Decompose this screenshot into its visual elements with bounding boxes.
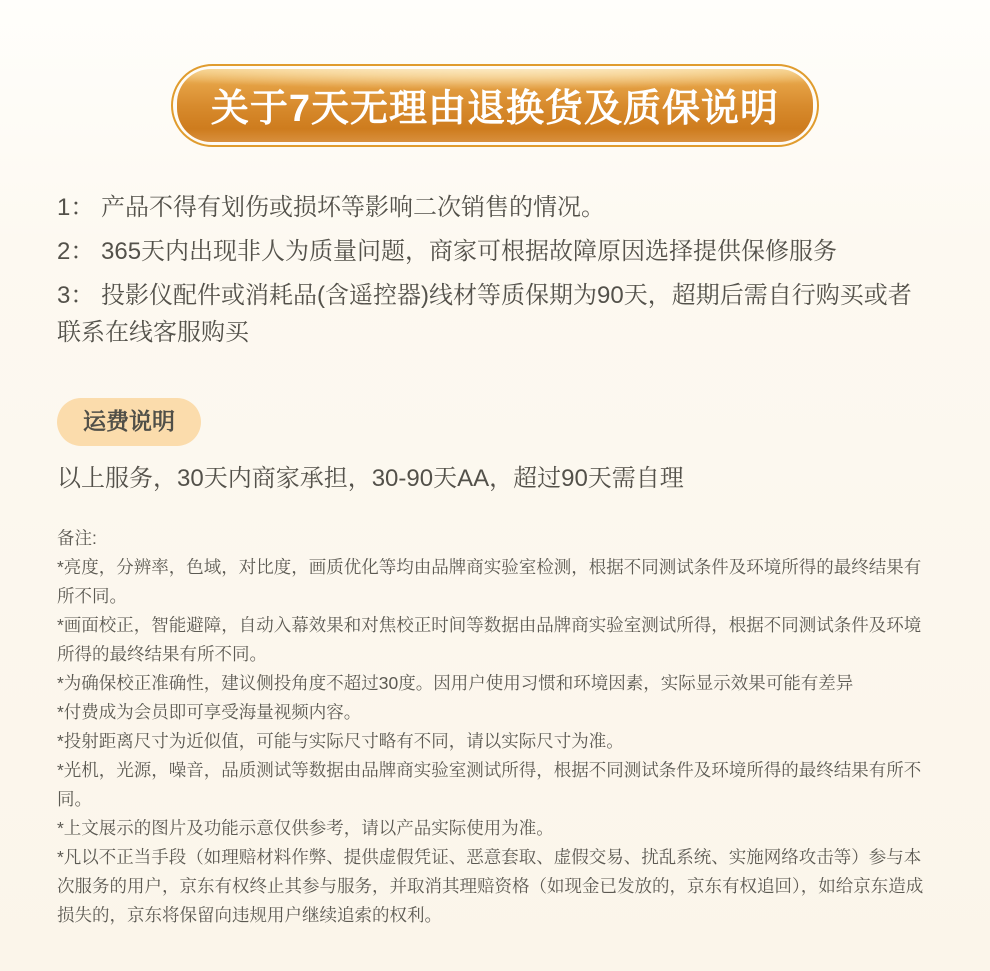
policy-list: 1： 产品不得有划伤或损坏等影响二次销售的情况。 2： 365天内出现非人为质量… — [57, 189, 935, 351]
note-item-5: *投射距离尺寸为近似值，可能与实际尺寸略有不同，请以实际尺寸为准。 — [57, 727, 935, 756]
note-item-6: *光机，光源，噪音，品质测试等数据由品牌商实验室测试所得，根据不同测试条件及环境… — [57, 756, 935, 814]
note-item-8: *凡以不正当手段（如理赔材料作弊、提供虚假凭证、恶意套取、虚假交易、扰乱系统、实… — [57, 843, 935, 930]
notes-section: 备注: *亮度，分辨率，色域，对比度，画质优化等均由品牌商实验室检测，根据不同测… — [57, 524, 935, 930]
notes-heading: 备注: — [57, 524, 935, 553]
policy-item-2: 2： 365天内出现非人为质量问题，商家可根据故障原因选择提供保修服务 — [57, 233, 935, 270]
shipping-description: 以上服务，30天内商家承担，30-90天AA，超过90天需自理 — [57, 462, 935, 496]
shipping-badge: 运费说明 — [57, 398, 201, 446]
note-item-3: *为确保校正准确性，建议侧投角度不超过30度。因用户使用习惯和环境因素，实际显示… — [57, 669, 935, 698]
content: 1： 产品不得有划伤或损坏等影响二次销售的情况。 2： 365天内出现非人为质量… — [0, 189, 990, 930]
note-item-1: *亮度，分辨率，色域，对比度，画质优化等均由品牌商实验室检测，根据不同测试条件及… — [57, 553, 935, 611]
note-item-7: *上文展示的图片及功能示意仅供参考，请以产品实际使用为准。 — [57, 814, 935, 843]
banner: 关于7天无理由退换货及质保说明 — [0, 64, 990, 147]
policy-item-1: 1： 产品不得有划伤或损坏等影响二次销售的情况。 — [57, 189, 935, 226]
page-title: 关于7天无理由退换货及质保说明 — [177, 69, 813, 142]
return-policy-page: 关于7天无理由退换货及质保说明 1： 产品不得有划伤或损坏等影响二次销售的情况。… — [0, 0, 990, 971]
policy-item-3: 3： 投影仪配件或消耗品(含遥控器)线材等质保期为90天，超期后需自行购买或者联… — [57, 277, 935, 351]
note-item-2: *画面校正，智能避障，自动入幕效果和对焦校正时间等数据由品牌商实验室测试所得，根… — [57, 611, 935, 669]
banner-ring: 关于7天无理由退换货及质保说明 — [171, 64, 819, 147]
shipping-section: 运费说明 以上服务，30天内商家承担，30-90天AA，超过90天需自理 — [57, 358, 935, 496]
note-item-4: *付费成为会员即可享受海量视频内容。 — [57, 698, 935, 727]
